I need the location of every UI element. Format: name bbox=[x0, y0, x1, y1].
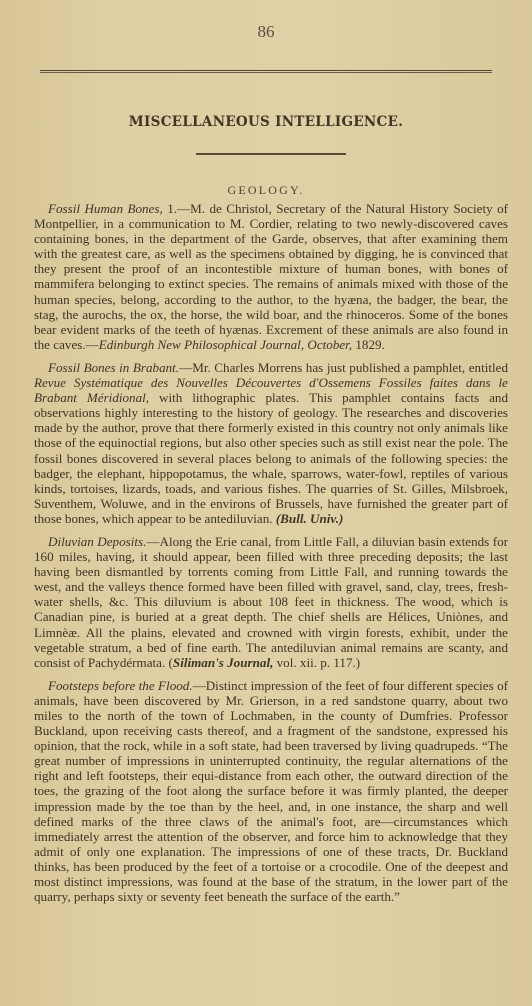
article-footsteps-before-flood: Footsteps before the Flood.—Distinct imp… bbox=[34, 678, 508, 904]
section-title: MISCELLANEOUS INTELLIGENCE. bbox=[0, 114, 532, 130]
title-divider bbox=[196, 153, 346, 155]
header-rule bbox=[40, 70, 492, 73]
article-text: —Mr. Charles Morrens has just published … bbox=[179, 360, 508, 375]
page-number: 86 bbox=[0, 22, 532, 42]
article-source: Edinburgh New Philosophical Journal, Oct… bbox=[99, 337, 352, 352]
article-source: (Bull. Univ.) bbox=[276, 511, 344, 526]
subsection-title: GEOLOGY. bbox=[0, 183, 532, 198]
article-text: —Along the Erie canal, from Little Fall,… bbox=[34, 534, 508, 670]
article-heading: Footsteps before the Flood. bbox=[48, 678, 193, 693]
article-diluvian-deposits: Diluvian Deposits.—Along the Erie canal,… bbox=[34, 534, 508, 670]
article-fossil-human-bones: Fossil Human Bones, 1.—M. de Christol, S… bbox=[34, 201, 508, 352]
article-heading: Fossil Bones in Brabant. bbox=[48, 360, 179, 375]
article-source-year: 1829. bbox=[352, 337, 385, 352]
article-heading: Fossil Human Bones, bbox=[48, 201, 163, 216]
article-source-tail: vol. xii. p. 117.) bbox=[273, 655, 360, 670]
article-text: 1.—M. de Christol, Secretary of the Natu… bbox=[34, 201, 508, 352]
article-body: Fossil Human Bones, 1.—M. de Christol, S… bbox=[34, 201, 508, 912]
article-heading: Diluvian Deposits. bbox=[48, 534, 146, 549]
article-fossil-bones-brabant: Fossil Bones in Brabant.—Mr. Charles Mor… bbox=[34, 360, 508, 526]
article-text: with lithographic plates. This pamphlet … bbox=[34, 390, 508, 526]
article-text: —Distinct impression of the feet of four… bbox=[34, 678, 508, 904]
article-source: Siliman's Journal, bbox=[173, 655, 273, 670]
